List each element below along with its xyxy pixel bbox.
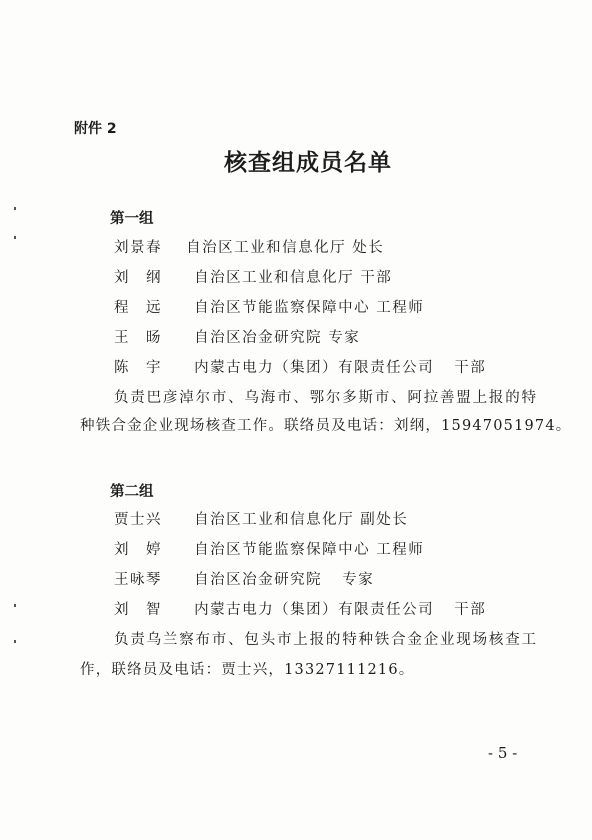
scan-speck <box>14 236 16 239</box>
member-org: 自治区工业和信息化厅 <box>186 236 346 257</box>
member-org: 自治区工业和信息化厅 <box>194 266 354 287</box>
member-name: 程 远 <box>114 296 188 317</box>
duty-text: 负责巴彦淖尔市、乌海市、鄂尔多斯市、阿拉善盟上报的特 <box>114 386 538 407</box>
member-row: 程 远 自治区节能监察保障中心 工程师 <box>114 296 424 317</box>
member-row: 刘景春 自治区工业和信息化厅 处长 <box>114 236 384 257</box>
member-name: 贾士兴 <box>114 508 188 529</box>
member-role: 专家 <box>328 330 360 346</box>
member-org: 自治区节能监察保障中心 <box>194 296 370 317</box>
scan-speck <box>14 207 16 210</box>
member-name: 刘景春 <box>114 236 180 257</box>
page-number: - 5 - <box>488 744 517 762</box>
group-heading: 第一组 <box>110 207 154 228</box>
attachment-label: 附件 2 <box>74 118 117 138</box>
member-name: 刘 纲 <box>114 266 188 287</box>
member-row: 王咏琴 自治区冶金研究院 专家 <box>114 568 374 589</box>
member-org: 自治区冶金研究院 <box>194 326 322 347</box>
member-role: 副处长 <box>360 512 408 528</box>
scan-speck <box>14 640 16 643</box>
member-org: 内蒙古电力（集团）有限责任公司 <box>194 356 434 377</box>
member-org: 内蒙古电力（集团）有限责任公司 <box>194 598 434 619</box>
member-row: 刘 婷 自治区节能监察保障中心 工程师 <box>114 538 424 559</box>
member-row: 陈 宇 内蒙古电力（集团）有限责任公司 干部 <box>114 356 486 377</box>
member-name: 刘 婷 <box>114 538 188 559</box>
scan-speck <box>14 604 16 607</box>
duty-text: 种铁合金企业现场核查工作。联络员及电话：刘纲，15947051974。 <box>80 414 571 435</box>
member-row: 王 旸 自治区冶金研究院 专家 <box>114 326 360 347</box>
member-role: 处长 <box>352 240 384 256</box>
member-name: 王咏琴 <box>114 568 188 589</box>
member-org: 自治区节能监察保障中心 <box>194 538 370 559</box>
member-role: 专家 <box>342 572 374 588</box>
member-name: 王 旸 <box>114 326 188 347</box>
member-role: 干部 <box>360 270 392 286</box>
member-org: 自治区工业和信息化厅 <box>194 508 354 529</box>
member-role: 干部 <box>454 360 486 376</box>
page-title: 核查组成员名单 <box>0 144 592 177</box>
member-name: 陈 宇 <box>114 356 188 377</box>
member-row: 刘 纲 自治区工业和信息化厅 干部 <box>114 266 392 287</box>
member-row: 贾士兴 自治区工业和信息化厅 副处长 <box>114 508 408 529</box>
member-role: 工程师 <box>376 300 424 316</box>
member-role: 干部 <box>454 602 486 618</box>
member-role: 工程师 <box>376 542 424 558</box>
duty-text: 作，联络员及电话：贾士兴，13327111216。 <box>80 658 414 679</box>
group-heading: 第二组 <box>110 480 154 501</box>
duty-text: 负责乌兰察布市、包头市上报的特种铁合金企业现场核查工 <box>114 628 538 649</box>
member-name: 刘 智 <box>114 598 188 619</box>
member-org: 自治区冶金研究院 <box>194 568 322 589</box>
member-row: 刘 智 内蒙古电力（集团）有限责任公司 干部 <box>114 598 486 619</box>
